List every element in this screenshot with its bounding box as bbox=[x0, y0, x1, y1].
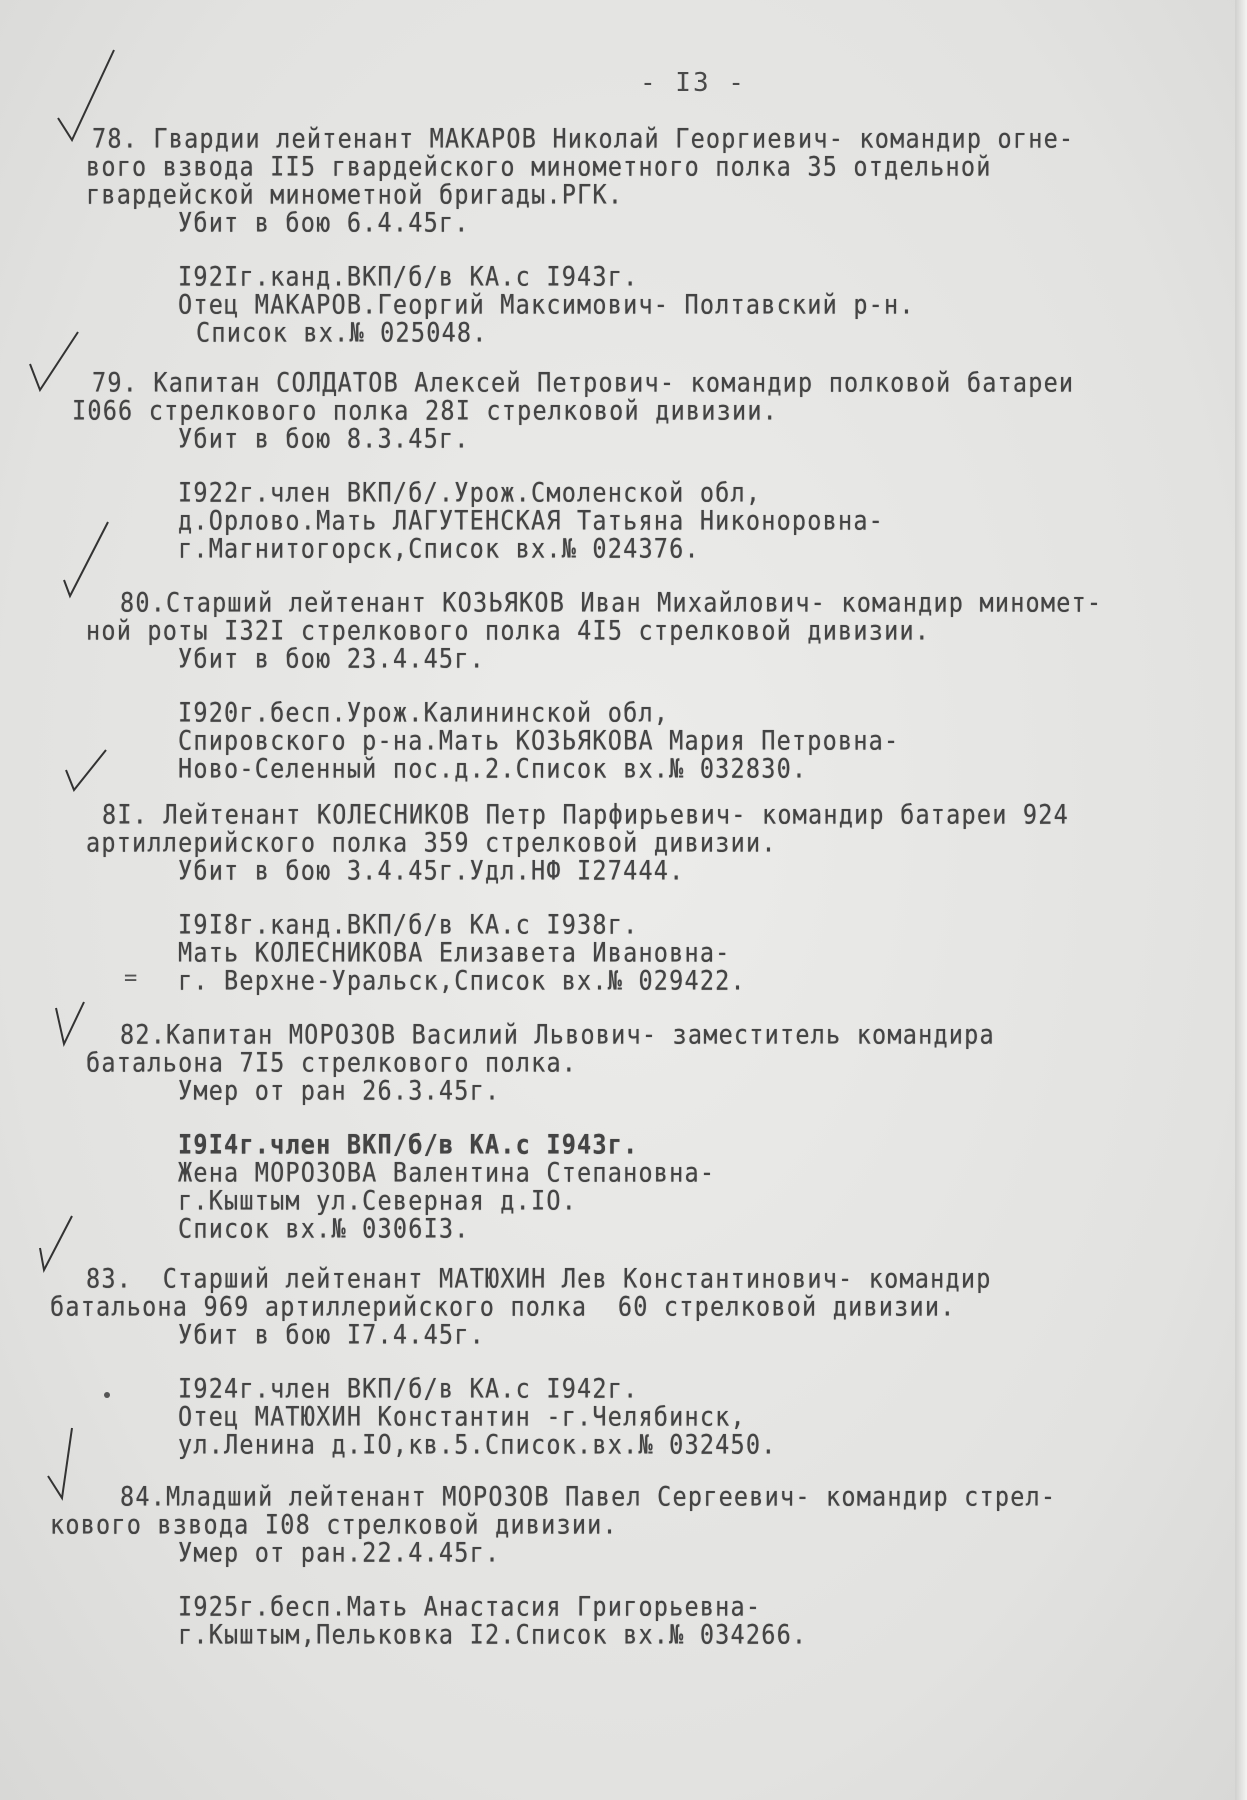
entry-line: 78. Гвардии лейтенант МАКАРОВ Николай Ге… bbox=[92, 124, 1074, 154]
entry-line: Список вх.№ 025048. bbox=[196, 318, 488, 348]
entry-line: артиллерийского полка 359 стрелковой див… bbox=[86, 828, 777, 858]
entry-line: Спировского р-на.Мать КОЗЬЯКОВА Мария Пе… bbox=[178, 726, 899, 756]
entry-line: ной роты I32I стрелкового полка 4I5 стре… bbox=[86, 616, 930, 646]
checkmark-icon bbox=[26, 330, 86, 395]
entry-line: I922г.член ВКП/б/.Урож.Смоленской обл, bbox=[178, 478, 761, 508]
entry-line: Жена МОРОЗОВА Валентина Степановна- bbox=[178, 1158, 715, 1188]
checkmark-icon bbox=[62, 748, 112, 793]
entry-line: 8I. Лейтенант КОЛЕСНИКОВ Петр Парфирьеви… bbox=[102, 800, 1069, 830]
entry-line: I920г.бесп.Урож.Калининской обл, bbox=[178, 698, 669, 728]
entry-line: Умер от ран.22.4.45г. bbox=[178, 1538, 500, 1568]
entry-line: 82.Капитан МОРОЗОВ Василий Львович- заме… bbox=[120, 1020, 995, 1050]
checkmark-icon bbox=[44, 1426, 79, 1501]
entry-line: Убит в бою 6.4.45г. bbox=[178, 208, 470, 238]
entry-line: Отец МАКАРОВ.Георгий Максимович- Полтавс… bbox=[178, 290, 915, 320]
entry-line: Список вх.№ 0306I3. bbox=[178, 1214, 470, 1244]
entry-line: Ново-Селенный пос.д.2.Список вх.№ 032830… bbox=[178, 754, 807, 784]
entry-line: гвардейской минометной бригады.РГК. bbox=[86, 180, 623, 210]
entry-line: Отец МАТЮХИН Константин -г.Челябинск, bbox=[178, 1402, 746, 1432]
entry-line: Убит в бою 3.4.45г.Удл.НФ I27444. bbox=[178, 856, 685, 886]
entry-line: г.Кыштым,Пельковка I2.Список вх.№ 034266… bbox=[178, 1620, 807, 1650]
entry-line: I9I4г.член ВКП/б/в КА.с I943г. bbox=[178, 1130, 638, 1160]
entry-line: кового взвода I08 стрелковой дивизии. bbox=[50, 1510, 618, 1540]
entry-line: 83. Старший лейтенант МАТЮХИН Лев Конста… bbox=[86, 1264, 992, 1294]
entry-line: I066 стрелкового полка 28I стрелковой ди… bbox=[72, 396, 778, 426]
entry-line: Убит в бою 8.3.45г. bbox=[178, 424, 470, 454]
entry-line: г.Магнитогорск,Список вх.№ 024376. bbox=[178, 534, 700, 564]
entry-line: Мать КОЛЕСНИКОВА Елизавета Ивановна- bbox=[178, 938, 731, 968]
entry-line: ул.Ленина д.IO,кв.5.Список.вх.№ 032450. bbox=[178, 1430, 777, 1460]
entry-line: 84.Младший лейтенант МОРОЗОВ Павел Серге… bbox=[120, 1482, 1056, 1512]
dot-mark bbox=[104, 1392, 110, 1398]
entry-line: батальона 969 артиллерийского полка 60 с… bbox=[50, 1292, 956, 1322]
document-page: - I3 - 78. Гвардии лейтенант МАКАРОВ Ник… bbox=[0, 0, 1247, 1800]
page-number: - I3 - bbox=[640, 68, 746, 98]
entry-line: г.Кыштым ул.Северная д.IO. bbox=[178, 1186, 577, 1216]
entry-line: вого взвода II5 гвардейского минометного… bbox=[86, 152, 992, 182]
entry-line: I9I8г.канд.ВКП/б/в КА.с I938г. bbox=[178, 910, 638, 940]
entry-line: батальона 7I5 стрелкового полка. bbox=[86, 1048, 577, 1078]
entry-line: Убит в бою I7.4.45г. bbox=[178, 1320, 485, 1350]
entry-line: Убит в бою 23.4.45г. bbox=[178, 644, 485, 674]
entry-line: I92Iг.канд.ВКП/б/в КА.с I943г. bbox=[178, 262, 638, 292]
entry-line: Умер от ран 26.3.45г. bbox=[178, 1076, 500, 1106]
equals-mark: = bbox=[124, 966, 137, 991]
checkmark-icon bbox=[36, 1214, 76, 1274]
entry-line: 80.Старший лейтенант КОЗЬЯКОВ Иван Михай… bbox=[120, 588, 1102, 618]
checkmark-icon bbox=[50, 1000, 90, 1050]
entry-line: I924г.член ВКП/б/в КА.с I942г. bbox=[178, 1374, 638, 1404]
entry-line: I925г.бесп.Мать Анастасия Григорьевна- bbox=[178, 1592, 761, 1622]
entry-line: 79. Капитан СОЛДАТОВ Алексей Петрович- к… bbox=[92, 368, 1074, 398]
entry-line: г. Верхне-Уральск,Список вх.№ 029422. bbox=[178, 966, 746, 996]
checkmark-icon bbox=[60, 520, 115, 600]
entry-line: д.Орлово.Мать ЛАГУТЕНСКАЯ Татьяна Никоно… bbox=[178, 506, 884, 536]
